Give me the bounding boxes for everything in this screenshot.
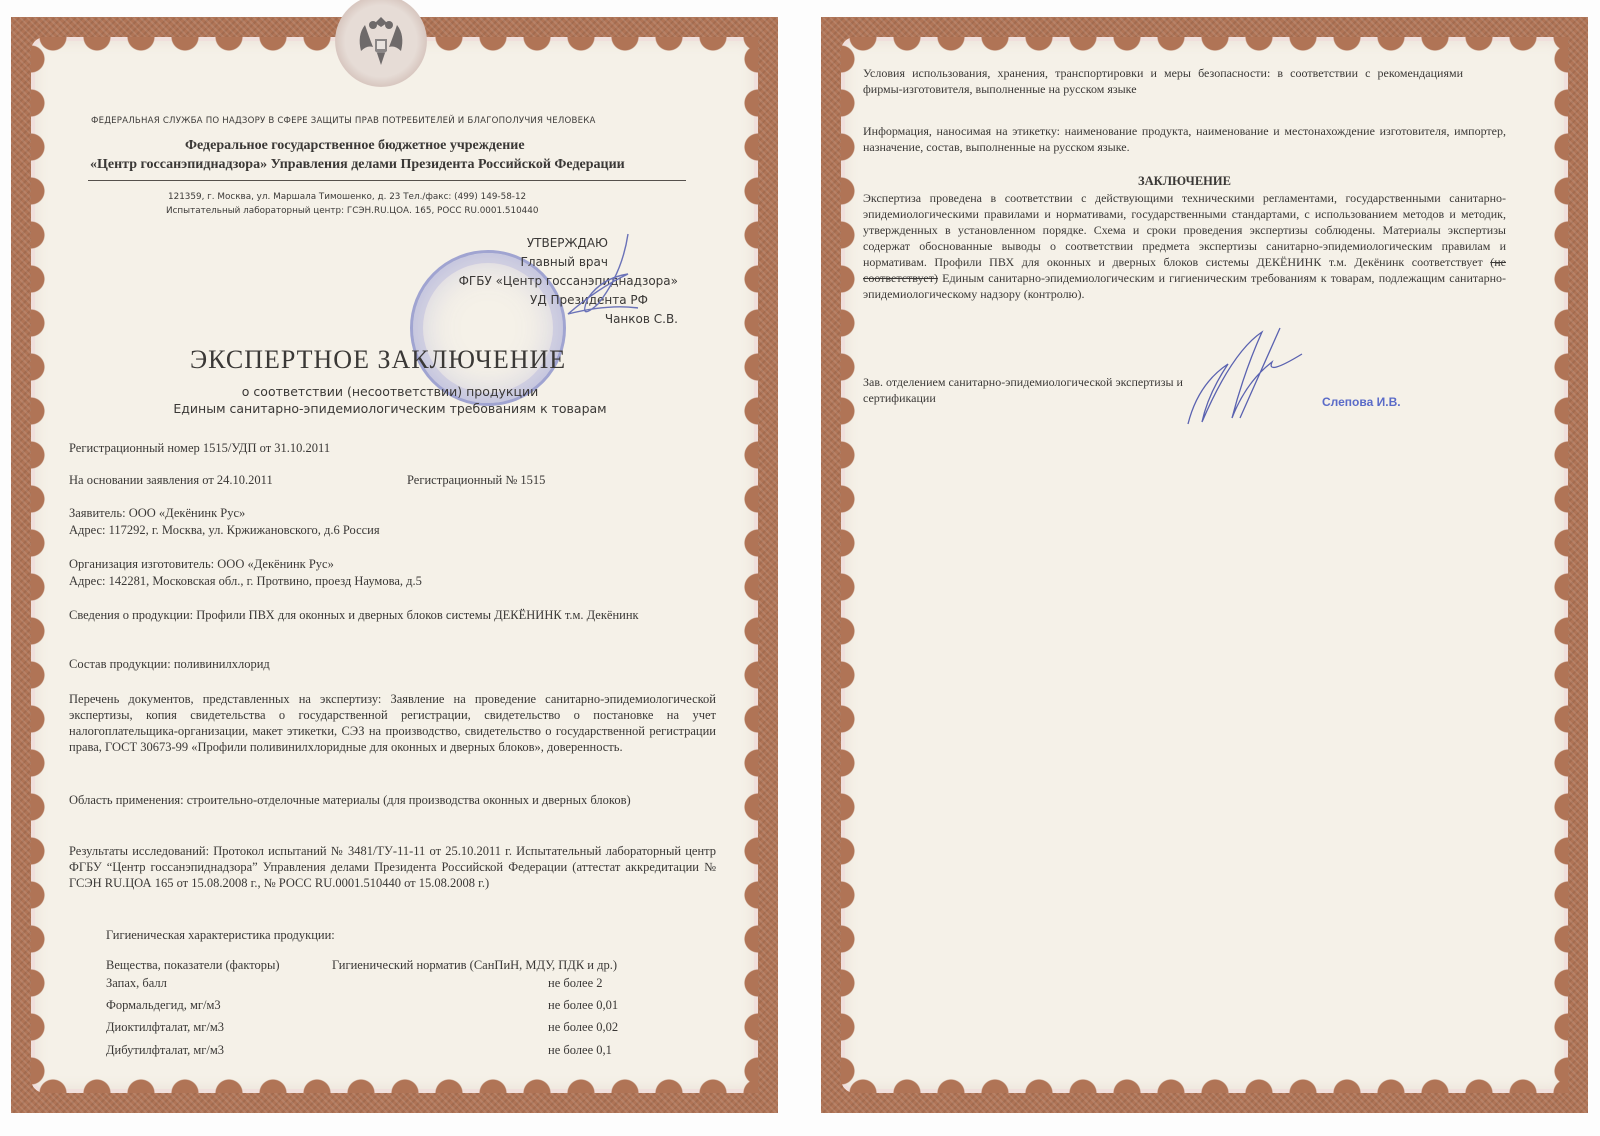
institution-line-2: «Центр госсанэпиднадзора» Управления дел… xyxy=(90,157,625,173)
product-info: Сведения о продукции: Профили ПВХ для ок… xyxy=(69,607,685,623)
document-subtitle: о соответствии (несоответствии) продукци… xyxy=(120,383,660,417)
subtitle-line-1: о соответствии (несоответствии) продукци… xyxy=(120,383,660,400)
conclusion-body: Экспертиза проведена в соответствии с де… xyxy=(863,191,1506,269)
conclusion-heading: ЗАКЛЮЧЕНИЕ xyxy=(863,174,1506,189)
lab-accreditation-line: Испытательный лабораторный центр: ГСЭН.R… xyxy=(166,203,538,219)
norm-cell: не более 2 xyxy=(548,976,603,991)
usage-conditions: Условия использования, хранения, транспо… xyxy=(863,65,1463,97)
table-row: Запах, балл не более 2 xyxy=(106,976,666,994)
registration-number: Регистрационный номер 1515/УДП от 31.10.… xyxy=(69,440,330,456)
column-header-substance: Вещества, показатели (факторы) xyxy=(106,958,280,973)
norm-cell: не более 0,1 xyxy=(548,1043,612,1058)
hygiene-heading: Гигиеническая характеристика продукции: xyxy=(106,927,335,943)
institution-line-1: Федеральное государственное бюджетное уч… xyxy=(185,138,525,154)
signatory-title: Зав. отделением санитарно-эпидемиологиче… xyxy=(863,374,1183,406)
approval-position: Главный врач xyxy=(378,253,678,272)
table-row: Диоктилфталат, мг/м3 не более 0,02 xyxy=(106,1020,666,1038)
table-row: Дибутилфталат, мг/м3 не более 0,1 xyxy=(106,1043,666,1061)
document-title: ЭКСПЕРТНОЕ ЗАКЛЮЧЕНИЕ xyxy=(190,352,566,368)
coat-of-arms-emblem-icon xyxy=(335,0,427,87)
substance-cell: Дибутилфталат, мг/м3 xyxy=(106,1043,224,1058)
approval-block: УТВЕРЖДАЮ Главный врач ФГБУ «Центр госса… xyxy=(378,234,678,329)
product-composition: Состав продукции: поливинилхлорид xyxy=(69,656,270,672)
approval-department: УД Президента РФ xyxy=(378,291,678,310)
substance-cell: Формальдегид, мг/м3 xyxy=(106,998,221,1013)
subtitle-line-2: Единым санитарно-эпидемиологическим треб… xyxy=(120,400,660,417)
documents-list: Перечень документов, представленных на э… xyxy=(69,691,716,755)
approval-signer-name: Чанков С.В. xyxy=(378,310,678,329)
approval-heading: УТВЕРЖДАЮ xyxy=(378,234,678,253)
label-information: Информация, наносимая на этикетку: наиме… xyxy=(863,123,1506,155)
norm-cell: не более 0,01 xyxy=(548,998,618,1013)
manufacturer: Организация изготовитель: ООО «Декёнинк … xyxy=(69,556,334,572)
applicant: Заявитель: ООО «Декёнинк Рус» xyxy=(69,505,245,521)
application-date: На основании заявления от 24.10.2011 xyxy=(69,472,273,488)
agency-name: ФЕДЕРАЛЬНАЯ СЛУЖБА ПО НАДЗОРУ В СФЕРЕ ЗА… xyxy=(91,113,596,129)
table-row: Формальдегид, мг/м3 не более 0,01 xyxy=(106,998,666,1016)
table-header: Вещества, показатели (факторы) Гигиениче… xyxy=(106,958,666,976)
conclusion-body-end: Единым санитарно-эпидемиологическим и ги… xyxy=(863,271,1506,301)
substance-cell: Диоктилфталат, мг/м3 xyxy=(106,1020,224,1035)
conclusion-text: Экспертиза проведена в соответствии с де… xyxy=(863,190,1506,302)
application-scope: Область применения: строительно-отделочн… xyxy=(69,792,685,808)
application-registration: Регистрационный № 1515 xyxy=(407,472,545,488)
applicant-address: Адрес: 117292, г. Москва, ул. Кржижановс… xyxy=(69,522,380,538)
approval-organization: ФГБУ «Центр госсанэпиднадзора» xyxy=(378,272,678,291)
substance-cell: Запах, балл xyxy=(106,976,167,991)
manufacturer-address: Адрес: 142281, Московская обл., г. Протв… xyxy=(69,573,422,589)
column-header-norm: Гигиенический норматив (СанПиН, МДУ, ПДК… xyxy=(332,958,617,973)
research-results: Результаты исследований: Протокол испыта… xyxy=(69,843,716,891)
norm-cell: не более 0,02 xyxy=(548,1020,618,1035)
header-divider xyxy=(88,180,686,181)
signatory-name: Слепова И.В. xyxy=(1322,394,1401,410)
